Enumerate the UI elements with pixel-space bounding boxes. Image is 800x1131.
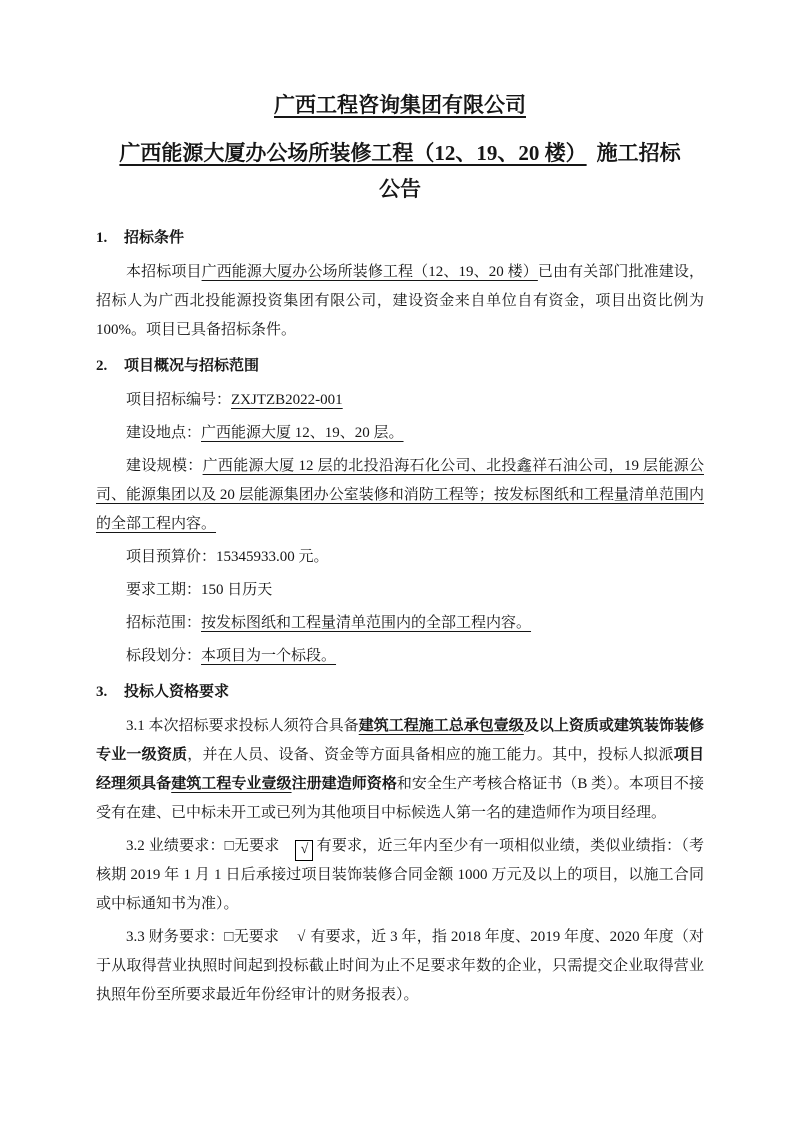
checked-checkbox: √	[295, 840, 313, 861]
field-label: 项目预算价：	[126, 549, 216, 565]
bidding-conditions-paragraph: 本招标项目广西能源大厦办公场所装修工程（12、19、20 楼）已由有关部门批准建…	[96, 258, 704, 345]
text-run: 本招标项目	[126, 264, 202, 280]
section-2-number: 2.	[96, 352, 124, 381]
project-name-underlined: 广西能源大厦办公场所装修工程（12、19、20 楼）	[202, 264, 538, 280]
qualification-grade-underlined: 建筑工程施工总承包壹级	[359, 718, 524, 734]
section-3-heading: 3.投标人资格要求	[96, 678, 704, 707]
builder-certificate-underlined: 建筑工程专业壹级	[171, 776, 291, 792]
section-2-heading: 2.项目概况与招标范围	[96, 352, 704, 381]
field-label: 项目招标编号：	[126, 392, 231, 408]
field-label: 建设规模：	[126, 458, 203, 474]
field-label: 要求工期：	[126, 582, 201, 598]
section-1-title: 招标条件	[124, 230, 184, 246]
field-label: 标段划分：	[126, 648, 201, 664]
bidding-scope-row: 招标范围：按发标图纸和工程量清单范围内的全部工程内容。	[96, 609, 704, 638]
field-value: 150 日历天	[201, 582, 272, 598]
project-bid-number-row: 项目招标编号：ZXJTZB2022-001	[96, 386, 704, 415]
construction-scale-row: 建设规模：广西能源大厦 12 层的北投沿海石化公司、北投鑫祥石油公司，19 层能…	[96, 452, 704, 539]
required-duration-row: 要求工期：150 日历天	[96, 576, 704, 605]
clause-3-3-financial: 3.3 财务要求：□无要求√有要求，近 3 年，指 2018 年度、2019 年…	[96, 923, 704, 1010]
field-value: 15345933.00 元。	[216, 549, 329, 565]
section-division-row: 标段划分：本项目为一个标段。	[96, 642, 704, 671]
text-run: ，并在人员、设备、资金等方面具备相应的施工能力。其中，投标人拟派	[187, 747, 674, 763]
bid-announcement-page: 广西工程咨询集团有限公司 广西能源大厦办公场所装修工程（12、19、20 楼）施…	[0, 0, 800, 1131]
text-run: 3.1 本次招标要求投标人须符合具备	[126, 718, 359, 734]
field-value-underlined: 广西能源大厦 12、19、20 层。	[201, 425, 412, 441]
section-3-title: 投标人资格要求	[124, 684, 229, 700]
company-title-text: 广西工程咨询集团有限公司	[274, 93, 526, 117]
title-line2: 公告	[379, 177, 421, 201]
field-value-underlined: ZXJTZB2022-001	[231, 392, 351, 408]
construction-location-row: 建设地点：广西能源大厦 12、19、20 层。	[96, 419, 704, 448]
field-value-underlined: 按发标图纸和工程量清单范围内的全部工程内容。	[201, 615, 539, 631]
field-value-underlined: 本项目为一个标段。	[201, 648, 344, 664]
text-run: 3.2 业绩要求：□无要求	[126, 838, 279, 854]
clause-3-1-qualification: 3.1 本次招标要求投标人须符合具备建筑工程施工总承包壹级及以上资质或建筑装饰装…	[96, 712, 704, 828]
builder-certificate-bold: 注册建造师资格	[292, 776, 397, 792]
clause-3-2-performance: 3.2 业绩要求：□无要求√有要求，近三年内至少有一项相似业绩，类似业绩指：（考…	[96, 832, 704, 919]
company-title: 广西工程咨询集团有限公司	[96, 92, 704, 119]
section-3-number: 3.	[96, 678, 124, 707]
title-suffix: 施工招标	[597, 141, 681, 165]
section-2-title: 项目概况与招标范围	[124, 358, 259, 374]
checkmark: √	[297, 929, 305, 945]
section-1-heading: 1.招标条件	[96, 224, 704, 253]
announcement-title: 广西能源大厦办公场所装修工程（12、19、20 楼）施工招标 公告	[96, 135, 704, 207]
section-1-number: 1.	[96, 224, 124, 253]
field-label: 建设地点：	[126, 425, 201, 441]
project-budget-row: 项目预算价：15345933.00 元。	[96, 543, 704, 572]
field-label: 招标范围：	[126, 615, 201, 631]
project-name-underlined: 广西能源大厦办公场所装修工程（12、19、20 楼）	[119, 141, 596, 165]
text-run: 3.3 财务要求：□无要求	[126, 929, 279, 945]
